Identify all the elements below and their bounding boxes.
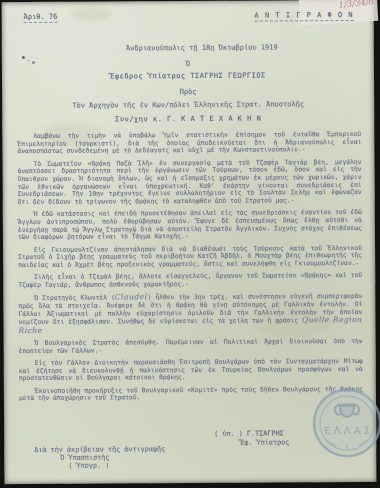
signature-line: ( ὑπ. ) Γ.ΤΣΑΓΡΗΣ [214, 429, 289, 438]
paragraph-4: Εἰς Γκιουμουλτζίναν ἀπεστάλησαν διὰ νὰ δ… [18, 245, 362, 270]
copy-label: Α Ν Τ Ι Γ Ρ Α Φ Ο Ν [255, 11, 354, 20]
letter-body: Λαμβάνω τὴν τιμὴν νὰ ὑποβάλω Ὑμῖν στατισ… [17, 131, 363, 408]
scanned-letter-photo: { "annotations": { "file_note": "1/3/34/… [0, 0, 380, 488]
document-page: 1/3/34/δ Ἀριθ. 76 Α Ν Τ Ι Γ Ρ Α Φ Ο Ν Ἀν… [2, 0, 377, 484]
reference-number: Ἀριθ. 76 [24, 13, 58, 21]
certifier-signature: ( Ὑπογρ. ) [34, 461, 165, 470]
recipient-line-1: Τὸν Ἀρχηγὸν τῆς ἐν Κων/πόλει Ἑλληνικῆς Σ… [2, 100, 374, 110]
signed-name: Γ.ΤΣΑΓΡΗΣ [247, 429, 284, 437]
paragraph-6: Ὁ Στρατηγὸς Κλωντὲλ (Claudel) ἦλθεν τὴν … [18, 292, 362, 336]
paragraph-9: Ἐκοινοποιήθη προκήρυξις τοῦ Βουλγαρικοῦ … [19, 386, 363, 404]
reference-number-text: Ἀριθ. 76 [24, 13, 58, 23]
sender-article: Ὁ [2, 59, 374, 69]
paragraph-6-text: Ὁ Στρατηγὸς Κλωντὲλ ( [34, 295, 115, 302]
signed-label: ( ὑπ. ) [214, 430, 243, 438]
to-label: Πρὸς [2, 87, 374, 97]
sender-name: Ἔφεδρος Ὑπίατρος ΤΣΑΓΡΗΣ ΓΕΩΡΓΙΟΣ [2, 71, 374, 81]
signed-title: Ἔφ. Ὑπίατρος [214, 438, 289, 447]
certification-block: Διὰ τὴν ἀκρίβειαν τῆς ἀντιγραφῆς Ὁ Ὑπασπ… [34, 445, 165, 470]
paragraph-2: Τὸ Σωματεῖον «Θρᾴκη Παζὰ Ἰλῆ» ἐν συνεργα… [17, 159, 361, 207]
signature-block: ( ὑπ. ) Γ.ΤΣΑΓΡΗΣ Ἔφ. Ὑπίατρος [214, 429, 289, 446]
paragraph-1: Λαμβάνω τὴν τιμὴν νὰ ὑποβάλω Ὑμῖν στατισ… [17, 131, 361, 156]
paper-stain [72, 6, 112, 20]
recipient-line-2: Συν/χην κ. Γ. Κ Α Τ Ε Χ Α Κ Η Ν [2, 114, 374, 124]
paragraph-3: Ἡ ἐδῶ κατάστασις καὶ ἐπειδὴ προσετέθησαν… [18, 209, 362, 242]
paragraph-8: Εἰς τὸν Γάλλον Διοικητὴν παρουσιάσθη Ἐπι… [19, 358, 363, 383]
copy-label-text: Α Ν Τ Ι Γ Ρ Α Φ Ο Ν [255, 11, 354, 22]
dateline: Ἀνδριανούπολις τῇ 18ῃ Ὀκτωβρίου 1919 [2, 43, 374, 53]
amphora-emblem [335, 404, 359, 417]
handwritten-claudel: Claudel [115, 292, 148, 301]
paragraph-5: Σιλὴς εἶναι ὁ Τζεμὰλ βέης, ἄλλοτε εἰσαγγ… [18, 272, 362, 290]
stamp-letters: Ε Λ Λ Α Σ [324, 426, 370, 437]
ink-scribble-mark [22, 56, 25, 59]
paragraph-7: Ὁ Βουλγαρικὸς Στρατὸς ἀπεσύρθη. Παρέμειν… [19, 338, 363, 356]
